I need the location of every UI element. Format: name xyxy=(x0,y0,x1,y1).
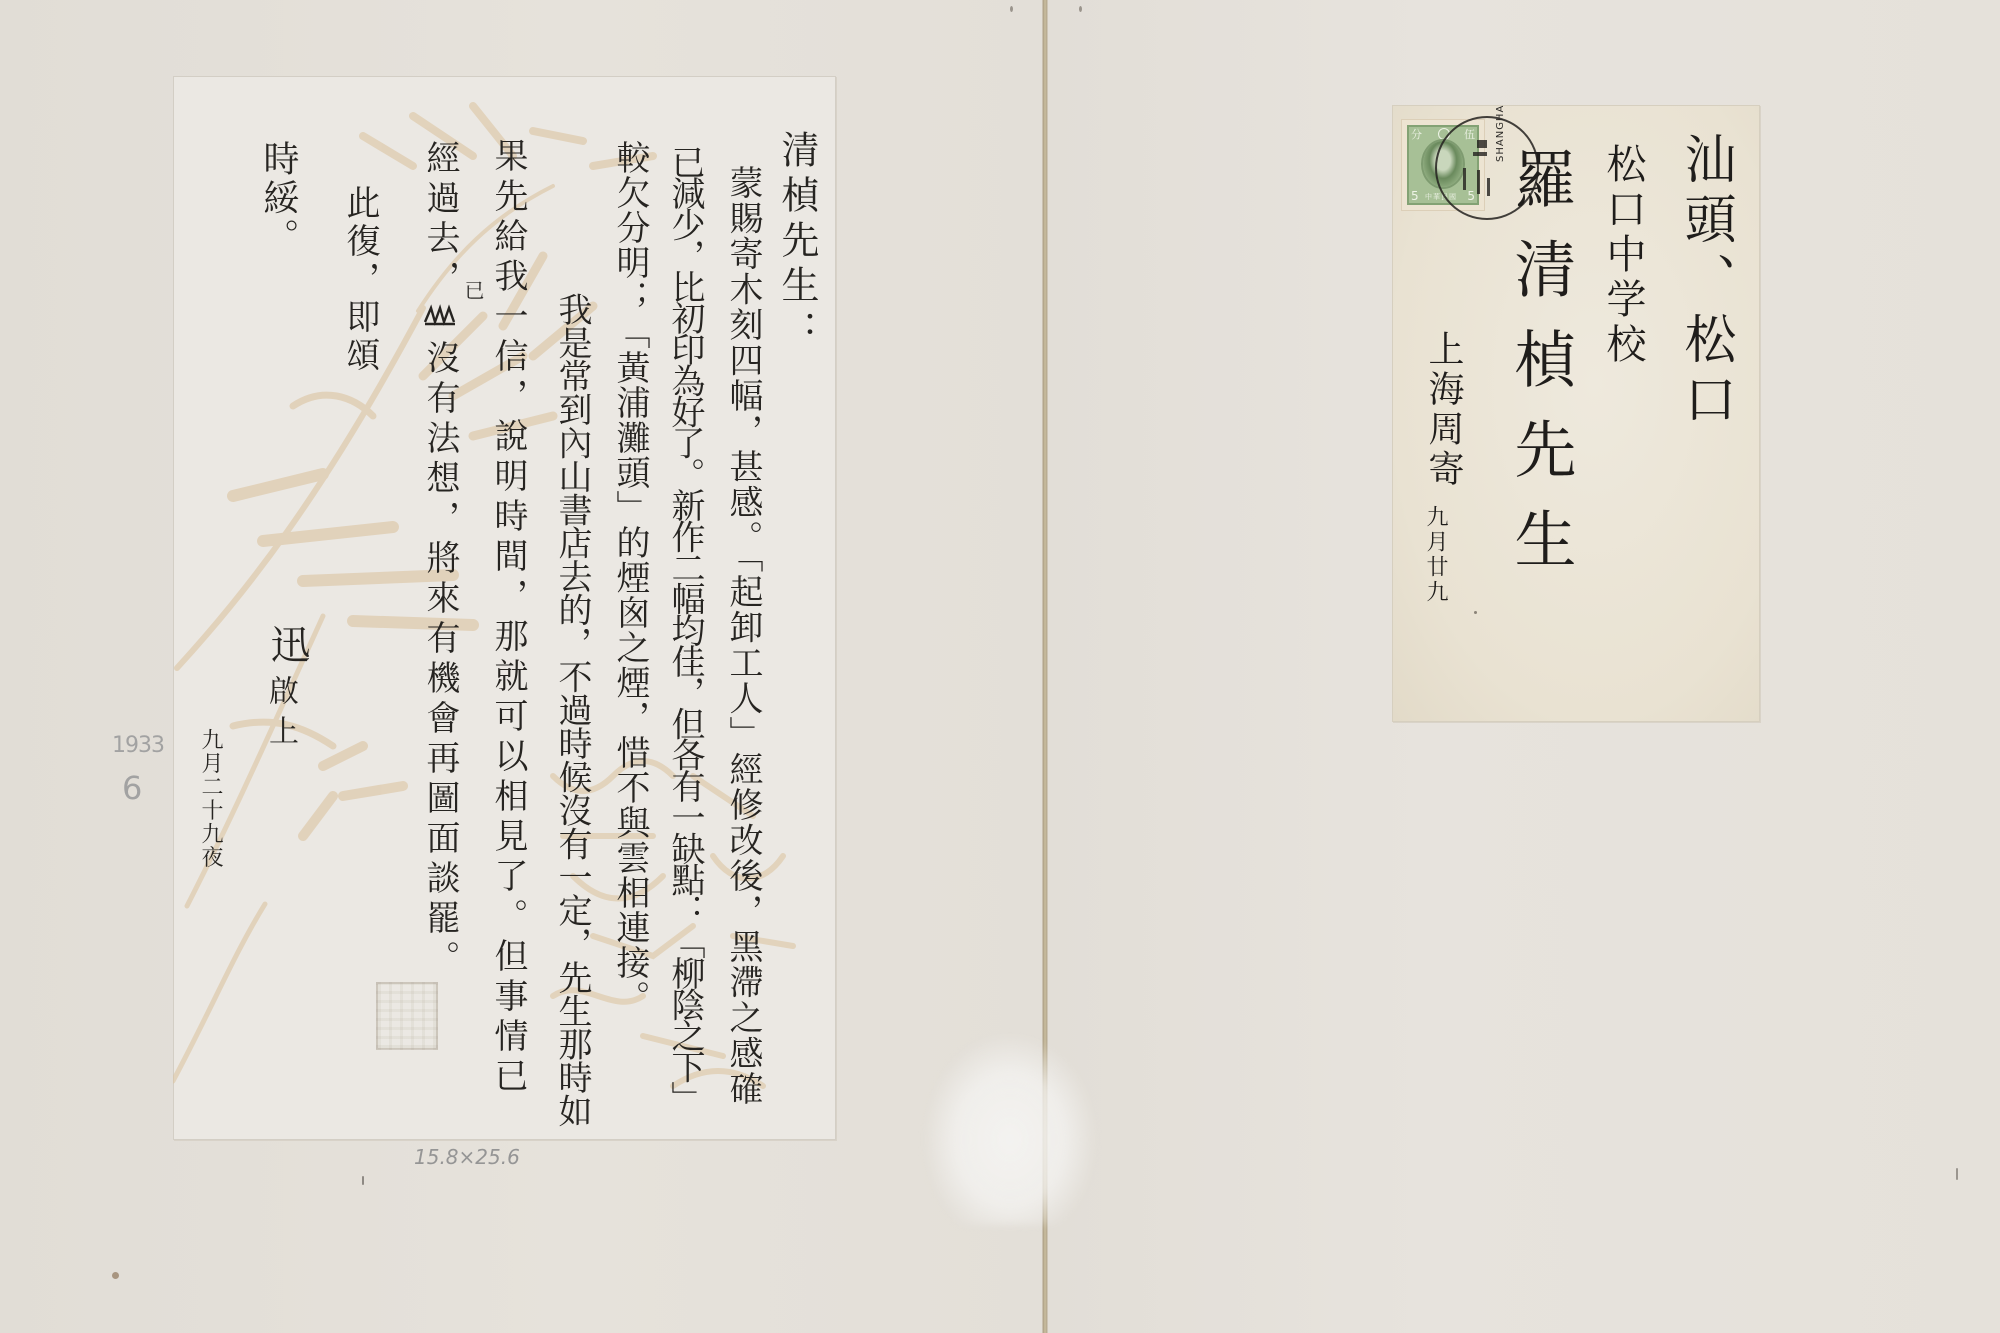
envelope-address-line-2: 松口中学校 xyxy=(1603,143,1643,368)
seal-impression xyxy=(376,982,438,1050)
envelope-recipient: 羅清楨先生 xyxy=(1509,147,1571,597)
speck xyxy=(1010,6,1013,12)
letter-column-4: 我是常到內山書店去的，不過時候沒有一定，先生那時如 xyxy=(555,292,589,1127)
pencil-note-dimensions: 15.8×25.6 xyxy=(414,1147,520,1167)
glare-patch xyxy=(925,1035,1095,1225)
letter-column-3: 較欠分明；「黃浦灘頭」的煙囪之煙，惜不與雲相連接。 xyxy=(613,140,647,1015)
letter-column-2: 已減少，比初印為好了。新作二幅均佳，但各有一缺點：「柳陰之下」 xyxy=(668,145,702,1112)
speck xyxy=(1079,6,1082,12)
letter-date: 九月二十九夜 xyxy=(199,728,221,869)
letter-signature: 迅 xyxy=(267,624,307,664)
envelope-address-line-1: 汕頭、松口 xyxy=(1679,132,1731,432)
letter-signature-suffix: 啟上 xyxy=(265,675,295,755)
stamp-value-left: 5 xyxy=(1411,190,1419,202)
speck xyxy=(362,1176,364,1185)
postmark-mark xyxy=(1473,152,1487,156)
envelope: 分 伍 5 5 中華民國 SHANGHAI 汕頭、松口 松口中学校 羅清楨先生 … xyxy=(1392,105,1760,722)
letter-column-1: 蒙賜寄木刻四幅，甚感。「起卸工人」經修改後，黑滯之感確 xyxy=(726,165,760,1107)
inserted-correction: 已 xyxy=(463,280,483,300)
letter-column-6: 經過去，沒有法想，將來有機會再圖面談罷。 xyxy=(423,140,457,980)
letter-closing: 此復，即頌 xyxy=(343,185,377,375)
letter-column-5: 果先給我一信，說明時間，那就可以相見了。但事情已 xyxy=(491,138,525,1098)
letter-salutation: 清楨先生： xyxy=(778,130,816,355)
speck xyxy=(1474,611,1477,614)
postmark-mark xyxy=(1487,178,1490,196)
postmark-mark xyxy=(1477,170,1480,194)
column-6-before: 經過去， xyxy=(420,140,460,300)
pencil-note-number: 6 xyxy=(122,772,142,804)
envelope-sent-date: 九月廿九 xyxy=(1424,505,1446,605)
speck xyxy=(1956,1168,1958,1180)
crossed-out-glyph xyxy=(423,300,457,340)
letter-closing-wish: 時綏。 xyxy=(260,140,296,257)
column-6-after: 沒有法想，將來有機會再圖面談罷。 xyxy=(420,340,460,980)
handwritten-letter: 清楨先生： 蒙賜寄木刻四幅，甚感。「起卸工人」經修改後，黑滯之感確 已減少，比初… xyxy=(173,76,836,1140)
stamp-denomination-left: 分 xyxy=(1411,129,1422,140)
postmark-mark xyxy=(1463,168,1466,190)
envelope-sender: 上海周寄 xyxy=(1425,330,1461,490)
pencil-note-year: 1933 xyxy=(112,735,164,757)
speck xyxy=(112,1272,119,1279)
postmark-mark xyxy=(1477,140,1487,148)
